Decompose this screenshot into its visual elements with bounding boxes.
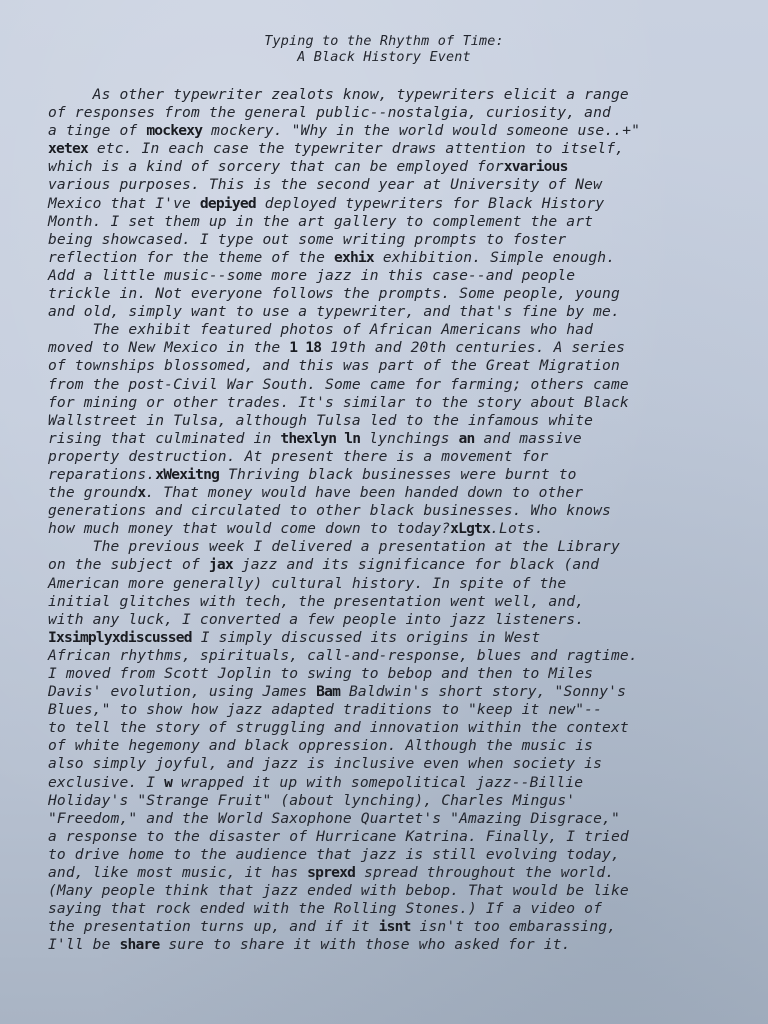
- typed-text: moved to New Mexico in the: [48, 339, 289, 356]
- strikeover-correction: jax: [209, 556, 233, 573]
- typed-text: and massive: [475, 430, 582, 447]
- typed-text: a response to the disaster of Hurricane …: [48, 828, 629, 845]
- typed-text: various purposes. This is the second yea…: [48, 176, 602, 193]
- strikeover-correction: thexlyn ln: [280, 430, 360, 447]
- text-line: initial glitches with tech, the presenta…: [48, 593, 748, 611]
- text-line: Mexico that I've depiyed deployed typewr…: [48, 195, 748, 213]
- strikeover-correction: exhix: [334, 249, 374, 266]
- typed-text: (Many people think that jazz ended with …: [48, 882, 629, 899]
- text-line: which is a kind of sorcery that can be e…: [48, 158, 748, 176]
- text-line: various purposes. This is the second yea…: [48, 176, 748, 194]
- typed-text: "Freedom," and the World Saxophone Quart…: [48, 810, 620, 827]
- typed-text: sure to share it with those who asked fo…: [159, 936, 570, 953]
- text-line: exclusive. I w wrapped it up with somepo…: [48, 774, 748, 792]
- typed-text: rising that culminated in: [48, 430, 280, 447]
- typed-text: Wallstreet in Tulsa, although Tulsa led …: [48, 412, 593, 429]
- strikeover-correction: xLgtx: [450, 520, 490, 537]
- text-line: saying that rock ended with the Rolling …: [48, 900, 748, 918]
- text-line: African rhythms, spirituals, call-and-re…: [48, 647, 748, 665]
- text-line: to tell the story of struggling and inno…: [48, 719, 748, 737]
- text-line: of responses from the general public--no…: [48, 104, 748, 122]
- text-line: Blues," to show how jazz adapted traditi…: [48, 701, 748, 719]
- text-line: of townships blossomed, and this was par…: [48, 357, 748, 375]
- text-line: Holiday's "Strange Fruit" (about lynchin…: [48, 792, 748, 810]
- typed-text: American more generally) cultural histor…: [48, 575, 566, 592]
- text-line: reflection for the theme of the exhix ex…: [48, 249, 748, 267]
- strikeover-correction: an: [459, 430, 475, 447]
- text-line: generations and circulated to other blac…: [48, 502, 748, 520]
- typed-text: African rhythms, spirituals, call-and-re…: [48, 647, 638, 664]
- text-line: a tinge of mockexy mockery. "Why in the …: [48, 122, 748, 140]
- typed-text: The exhibit featured photos of African A…: [48, 321, 593, 338]
- typed-text: and, like most music, it has: [48, 864, 307, 881]
- document-title: Typing to the Rhythm of Time: A Black Hi…: [0, 34, 768, 66]
- text-line: As other typewriter zealots know, typewr…: [48, 86, 748, 104]
- typed-text: the ground: [48, 484, 137, 501]
- typed-text: Add a little music--some more jazz in th…: [48, 267, 575, 284]
- text-line: to drive home to the audience that jazz …: [48, 846, 748, 864]
- typed-text: . That money would have been handed down…: [145, 484, 583, 501]
- typed-text: Holiday's "Strange Fruit" (about lynchin…: [48, 792, 575, 809]
- text-line: from the post-Civil War South. Some came…: [48, 376, 748, 394]
- typed-text: As other typewriter zealots know, typewr…: [48, 86, 629, 103]
- text-line: and old, simply want to use a typewriter…: [48, 303, 748, 321]
- typewritten-page: Typing to the Rhythm of Time: A Black Hi…: [0, 0, 768, 1024]
- text-line: reparations.xWexitng Thriving black busi…: [48, 466, 748, 484]
- text-line: I moved from Scott Joplin to swing to be…: [48, 665, 748, 683]
- text-line: the groundx. That money would have been …: [48, 484, 748, 502]
- typed-text: and old, simply want to use a typewriter…: [48, 303, 620, 320]
- text-line: xetex etc. In each case the typewriter d…: [48, 140, 748, 158]
- typed-text: with any luck, I converted a few people …: [48, 611, 584, 628]
- typed-text: jazz and its significance for black (and: [233, 556, 599, 573]
- text-line: trickle in. Not everyone follows the pro…: [48, 285, 748, 303]
- typed-text: a tinge of: [48, 122, 146, 139]
- text-line: The previous week I delivered a presenta…: [48, 538, 748, 556]
- strikeover-correction: sprexd: [307, 864, 355, 881]
- typed-text: reflection for the theme of the: [48, 249, 334, 266]
- text-line: for mining or other trades. It's similar…: [48, 394, 748, 412]
- strikeover-correction: mockexy: [146, 122, 202, 139]
- text-line: with any luck, I converted a few people …: [48, 611, 748, 629]
- typed-text: etc. In each case the typewriter draws a…: [88, 140, 624, 157]
- text-line: Ixsimplyxdiscussed I simply discussed it…: [48, 629, 748, 647]
- typed-text: property destruction. At present there i…: [48, 448, 548, 465]
- text-line: The exhibit featured photos of African A…: [48, 321, 748, 339]
- text-line: (Many people think that jazz ended with …: [48, 882, 748, 900]
- strikeover-correction: Bam: [316, 683, 340, 700]
- text-line: the presentation turns up, and if it isn…: [48, 918, 748, 936]
- typed-text: which is a kind of sorcery that can be e…: [48, 158, 504, 175]
- typed-text: exclusive. I: [48, 774, 164, 791]
- typed-text: trickle in. Not everyone follows the pro…: [48, 285, 620, 302]
- text-line: moved to New Mexico in the 1 18 19th and…: [48, 339, 748, 357]
- strikeover-correction: xetex: [48, 140, 88, 157]
- text-line: being showcased. I type out some writing…: [48, 231, 748, 249]
- text-line: property destruction. At present there i…: [48, 448, 748, 466]
- text-line: of white hegemony and black oppression. …: [48, 737, 748, 755]
- text-line: I'll be share sure to share it with thos…: [48, 936, 748, 954]
- typed-text: initial glitches with tech, the presenta…: [48, 593, 584, 610]
- typed-text: I simply discussed its origins in West: [192, 629, 541, 646]
- document-body: As other typewriter zealots know, typewr…: [48, 86, 748, 955]
- strikeover-correction: isnt: [379, 918, 411, 935]
- text-line: Wallstreet in Tulsa, although Tulsa led …: [48, 412, 748, 430]
- typed-text: Month. I set them up in the art gallery …: [48, 213, 593, 230]
- typed-text: spread throughout the world.: [355, 864, 614, 881]
- typed-text: of responses from the general public--no…: [48, 104, 611, 121]
- typed-text: to tell the story of struggling and inno…: [48, 719, 629, 736]
- typed-text: for mining or other trades. It's similar…: [48, 394, 629, 411]
- typed-text: of townships blossomed, and this was par…: [48, 357, 620, 374]
- typed-text: to drive home to the audience that jazz …: [48, 846, 620, 863]
- typed-text: Thriving black businesses were burnt to: [219, 466, 576, 483]
- strikeover-correction: Ixsimplyxdiscussed: [48, 629, 192, 646]
- typed-text: being showcased. I type out some writing…: [48, 231, 566, 248]
- text-line: also simply joyful, and jazz is inclusiv…: [48, 755, 748, 773]
- typed-text: mockery. "Why in the world would someone…: [202, 122, 640, 139]
- typed-text: also simply joyful, and jazz is inclusiv…: [48, 755, 602, 772]
- text-line: on the subject of jax jazz and its signi…: [48, 556, 748, 574]
- typed-text: exhibition. Simple enough.: [374, 249, 615, 266]
- typed-text: saying that rock ended with the Rolling …: [48, 900, 602, 917]
- strikeover-correction: xvarious: [504, 158, 568, 175]
- typed-text: from the post-Civil War South. Some came…: [48, 376, 629, 393]
- typed-text: Blues," to show how jazz adapted traditi…: [48, 701, 602, 718]
- typed-text: on the subject of: [48, 556, 209, 573]
- typed-text: lynchings: [360, 430, 458, 447]
- typed-text: I moved from Scott Joplin to swing to be…: [48, 665, 593, 682]
- text-line: Add a little music--some more jazz in th…: [48, 267, 748, 285]
- text-line: how much money that would come down to t…: [48, 520, 748, 538]
- typed-text: 19th and 20th centuries. A series: [321, 339, 625, 356]
- title-line-2: A Black History Event: [0, 50, 768, 66]
- typed-text: the presentation turns up, and if it: [48, 918, 379, 935]
- text-line: rising that culminated in thexlyn ln lyn…: [48, 430, 748, 448]
- typed-text: The previous week I delivered a presenta…: [48, 538, 620, 555]
- text-line: Month. I set them up in the art gallery …: [48, 213, 748, 231]
- typed-text: isn't too embarassing,: [411, 918, 617, 935]
- strikeover-correction: depiyed: [200, 195, 256, 212]
- typed-text: I'll be: [48, 936, 120, 953]
- text-line: and, like most music, it has sprexd spre…: [48, 864, 748, 882]
- strikeover-correction: w: [164, 774, 172, 791]
- typed-text: .Lots.: [490, 520, 544, 537]
- typed-text: reparations.: [48, 466, 155, 483]
- typed-text: Mexico that I've: [48, 195, 200, 212]
- title-line-1: Typing to the Rhythm of Time:: [0, 34, 768, 50]
- text-line: Davis' evolution, using James Bam Baldwi…: [48, 683, 748, 701]
- text-line: "Freedom," and the World Saxophone Quart…: [48, 810, 748, 828]
- typed-text: Baldwin's short story, "Sonny's: [340, 683, 626, 700]
- text-line: a response to the disaster of Hurricane …: [48, 828, 748, 846]
- strikeover-correction: xWexitng: [155, 466, 219, 483]
- strikeover-correction: 1 18: [289, 339, 321, 356]
- typed-text: generations and circulated to other blac…: [48, 502, 611, 519]
- typed-text: Davis' evolution, using James: [48, 683, 316, 700]
- strikeover-correction: share: [120, 936, 160, 953]
- typed-text: of white hegemony and black oppression. …: [48, 737, 593, 754]
- typed-text: deployed typewriters for Black History: [256, 195, 605, 212]
- typed-text: wrapped it up with somepolitical jazz--B…: [172, 774, 583, 791]
- text-line: American more generally) cultural histor…: [48, 575, 748, 593]
- typed-text: how much money that would come down to t…: [48, 520, 450, 537]
